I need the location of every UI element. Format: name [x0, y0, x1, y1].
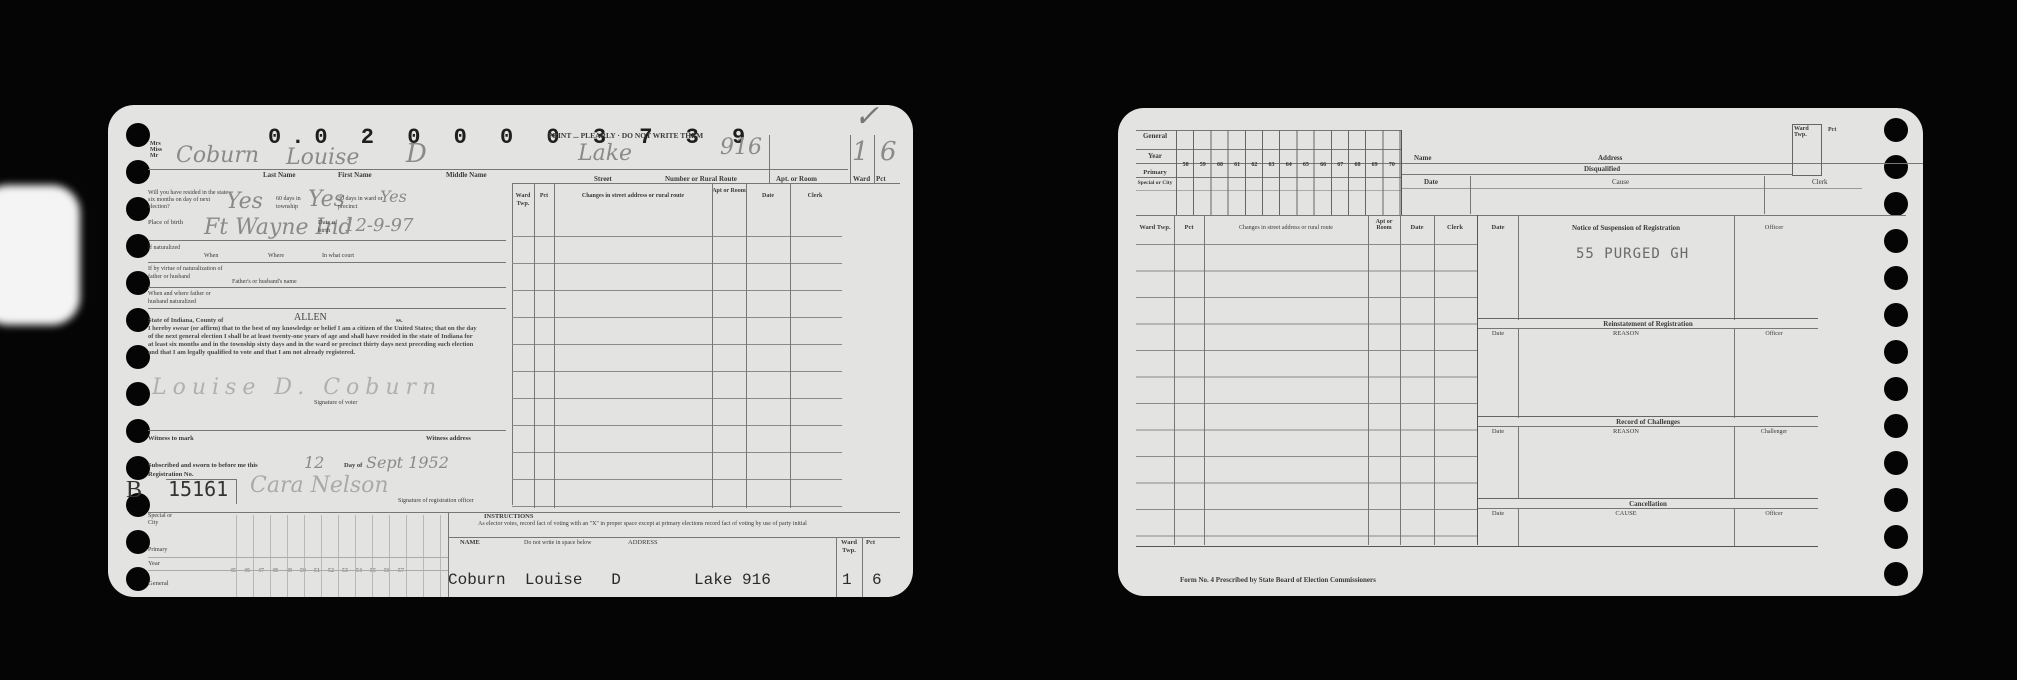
officer-signature-label: Signature of registration officer — [398, 497, 474, 505]
back-grid-label-year: Year — [1136, 152, 1174, 160]
disqualified-label: Disqualified — [1584, 165, 1620, 173]
summary-pct-value: 6 — [872, 571, 882, 589]
punch-hole — [1884, 266, 1908, 290]
grid-label-special: Special or City — [148, 513, 178, 527]
challenges-challenger-header: Challenger — [1734, 428, 1814, 436]
voter-signature-label: Signature of voter — [314, 399, 357, 407]
summary-ward-header: Ward Twp. — [838, 539, 860, 555]
first-name-value: Louise — [286, 145, 359, 170]
instructions-text: As elector votes, record fact of voting … — [478, 521, 898, 528]
front-vote-grid-lines — [220, 515, 445, 597]
back-grid-label-general: General — [1136, 132, 1174, 140]
disq-clerk-label: Clerk — [1812, 178, 1828, 186]
pct-value: 6 — [880, 137, 897, 167]
punch-hole — [1884, 525, 1908, 549]
summary-pct-header: Pct — [866, 539, 875, 547]
cancellation-date-header: Date — [1478, 510, 1518, 518]
col-clerk: Clerk — [790, 192, 840, 200]
father-name-label: Father's or husband's name — [232, 278, 297, 286]
col-date: Date — [746, 192, 790, 200]
back-col-changes: Changes in street address or rural route — [1204, 224, 1368, 232]
back-col-ward-twp: Ward Twp. — [1136, 224, 1174, 232]
date-of-birth-value: 12-9-97 — [344, 215, 413, 236]
challenges-date-header: Date — [1478, 428, 1518, 436]
cancellation-cause-header: CAUSE — [1518, 510, 1734, 518]
punch-hole — [1884, 229, 1908, 253]
last-name-label: Last Name — [263, 171, 295, 179]
punch-hole — [126, 160, 150, 184]
subscribed-label: Subscribed and sworn to before me this — [148, 462, 258, 470]
punch-hole — [126, 308, 150, 332]
grid-label-year: Year — [148, 560, 160, 568]
middle-initial-value: D — [406, 139, 427, 169]
reinstatement-title: Reinstatement of Registration — [1478, 320, 1818, 328]
punch-hole — [126, 530, 150, 554]
suspension-date-header: Date — [1478, 224, 1518, 232]
apt-label: Apt. or Room — [776, 175, 817, 183]
day-of-label: Day of — [344, 462, 362, 470]
col-ward-twp: Ward Twp. — [512, 192, 534, 208]
house-number-value: 916 — [720, 135, 762, 160]
last-name-value: Coburn — [176, 143, 259, 168]
reinstatement-reason-header: REASON — [1518, 330, 1734, 338]
number-label: Number or Rural Route — [665, 175, 737, 183]
grid-label-primary: Primary — [148, 546, 167, 554]
suspension-title: Notice of Suspension of Registration — [1518, 224, 1734, 232]
back-col-clerk: Clerk — [1434, 224, 1476, 232]
registration-card-front: 0.0 2 0 0 0 0 3 7 3 9 PRINT ... PLEARLY … — [108, 105, 913, 597]
cancellation-title: Cancellation — [1478, 500, 1818, 508]
ward-value: 1 — [852, 137, 869, 167]
punch-hole — [1884, 377, 1908, 401]
punch-hole — [1884, 451, 1908, 475]
back-pct-label: Pct — [1828, 126, 1836, 134]
summary-name-value: Coburn Louise D — [448, 571, 621, 589]
punch-hole — [1884, 340, 1908, 364]
disq-cause-label: Cause — [1612, 178, 1629, 186]
ward-label: Ward — [853, 175, 870, 183]
resided-state-answer: Yes — [226, 189, 263, 214]
back-vote-year-row: 58596061626364656667686970 — [1177, 153, 1400, 171]
sworn-day-value: 12 — [304, 453, 324, 472]
back-grid-label-special: Special or City — [1136, 180, 1174, 186]
naturalized-label: If naturalized — [148, 244, 188, 252]
street-value: Lake — [578, 141, 632, 166]
pct-label: Pct — [876, 175, 886, 183]
summary-ward-value: 1 — [842, 571, 852, 589]
name-label: Name — [1414, 154, 1432, 162]
cancellation-officer-header: Officer — [1734, 510, 1814, 518]
punch-hole — [1884, 303, 1908, 327]
punch-hole — [126, 382, 150, 406]
header-instruction: PRINT ... PLEARLY · DO NOT WRITE THEM — [548, 132, 703, 140]
col-changes: Changes in street address or rural route — [554, 192, 712, 200]
changes-table-front-grid — [512, 210, 842, 512]
punch-hole — [1884, 488, 1908, 512]
back-col-apt: Apt or Room — [1368, 219, 1400, 231]
back-col-pct: Pct — [1174, 224, 1204, 232]
court-label: In what court — [322, 252, 354, 260]
voter-signature: Louise D. Coburn — [152, 375, 442, 400]
address-label: Address — [1598, 154, 1622, 162]
punch-hole — [1884, 118, 1908, 142]
ss-label: ss. — [396, 317, 403, 325]
challenges-title: Record of Challenges — [1478, 418, 1818, 426]
punch-hole — [126, 271, 150, 295]
suspension-officer-header: Officer — [1734, 224, 1814, 232]
challenges-reason-header: REASON — [1518, 428, 1734, 436]
summary-address-value: Lake 916 — [694, 571, 771, 589]
officer-signature: Cara Nelson — [250, 473, 389, 498]
punch-hole — [1884, 562, 1908, 586]
street-label: Street — [594, 175, 612, 183]
place-of-birth-label: Place of birth — [148, 219, 184, 227]
grid-label-general: General — [148, 580, 169, 588]
reinstatement-date-header: Date — [1478, 330, 1518, 338]
registration-card-back: General Year Primary Special or City 585… — [1118, 108, 1923, 596]
resided-state-question: Will you have resided in the state six m… — [148, 190, 230, 211]
punch-hole — [126, 234, 150, 258]
punch-hole — [1884, 192, 1908, 216]
when-where-label: When and where father or husband natural… — [148, 290, 226, 306]
series-letter: B — [126, 477, 142, 504]
registration-number-value: 15161 — [168, 477, 228, 501]
col-pct: Pct — [534, 192, 554, 200]
punch-hole — [126, 567, 150, 591]
summary-note: Do not write in space below — [524, 539, 591, 547]
back-col-date: Date — [1400, 224, 1434, 232]
when-label: When — [204, 252, 218, 260]
punch-hole — [1884, 414, 1908, 438]
punch-hole — [126, 197, 150, 221]
summary-address-header: ADDRESS — [628, 539, 658, 547]
salutation-labels: MrsMissMr — [150, 141, 162, 159]
changes-table-back-grid — [1136, 244, 1478, 544]
state-county-label: State of Indiana, County of — [148, 317, 388, 325]
light-glare — [0, 185, 80, 325]
father-husband-label: If by virtue of naturalization of father… — [148, 265, 226, 281]
punch-hole — [126, 345, 150, 369]
witness-address-label: Witness address — [426, 435, 471, 443]
check-mark: ✓ — [854, 105, 879, 134]
middle-name-label: Middle Name — [446, 171, 487, 179]
purged-stamp: 55 PURGED GH — [1576, 246, 1689, 262]
instructions-title: INSTRUCTIONS — [484, 513, 534, 521]
col-apt-room: Apt or Room — [712, 187, 746, 195]
oath-text: I hereby swear (or affirm) that to the b… — [148, 325, 478, 357]
punch-hole — [126, 419, 150, 443]
sworn-month-year-value: Sept 1952 — [366, 453, 449, 472]
form-footer: Form No. 4 Prescribed by State Board of … — [1180, 576, 1376, 584]
resided-30-answer: Yes — [380, 187, 407, 206]
first-name-label: First Name — [338, 171, 372, 179]
county-value: ALLEN — [294, 312, 327, 323]
witness-mark-label: Witness to mark — [148, 435, 194, 443]
back-grid-label-primary: Primary — [1136, 169, 1174, 177]
back-ward-label: Ward Twp. — [1794, 126, 1818, 138]
where-label: Where — [268, 252, 284, 260]
punch-hole — [126, 123, 150, 147]
back-vote-grid-lines — [1176, 130, 1402, 215]
disq-date-label: Date — [1424, 178, 1438, 186]
summary-name-header: NAME — [460, 539, 480, 547]
punch-hole — [1884, 155, 1908, 179]
reinstatement-officer-header: Officer — [1734, 330, 1814, 338]
